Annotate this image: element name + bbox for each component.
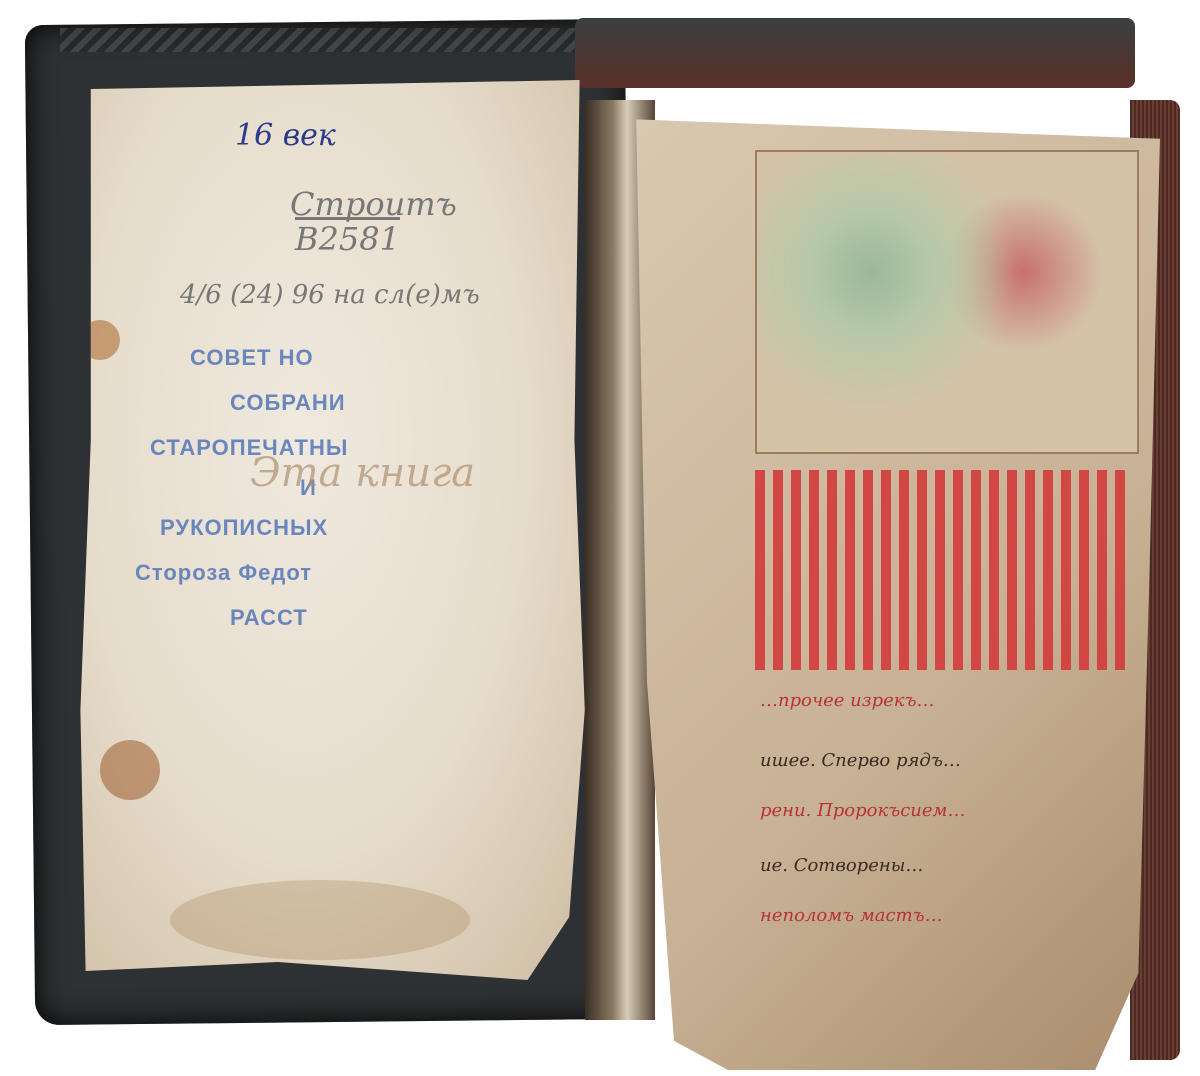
pencil-inscription-2: 4/6 (24) 96 на сл(е)мъ <box>180 280 480 310</box>
cover-zigzag-ornament <box>60 28 620 52</box>
stamp-line: РАССТ <box>230 605 308 631</box>
text-line: ишее. Сперво рядъ… <box>760 750 961 771</box>
text-line: ие. Сотворены… <box>760 855 923 876</box>
red-vyaz-title <box>755 470 1125 670</box>
text-line: рени. Пророкъсием… <box>760 800 965 821</box>
floral-headpiece-ornament <box>755 150 1139 454</box>
ink-inscription: 16 век <box>235 118 336 153</box>
script-signature: Эта книга <box>250 450 475 496</box>
stamp-line: СОВЕТ НО <box>190 345 314 371</box>
text-line: …прочее изрекъ… <box>760 690 935 711</box>
stamp-line: РУКОПИСНЫХ <box>160 515 328 541</box>
stain <box>170 880 470 960</box>
pencil-number: В2581 <box>295 220 400 258</box>
text-line: неполомъ мастъ… <box>760 905 943 926</box>
stain <box>100 740 160 800</box>
stamp-line: СОБРАНИ <box>230 390 346 416</box>
stamp-line: Стороза Федот <box>135 560 312 586</box>
right-cover-top <box>575 18 1135 88</box>
left-flyleaf-page: 16 век Строитъ В2581 4/6 (24) 96 на сл(е… <box>70 80 590 980</box>
pencil-inscription: Строитъ <box>290 185 457 223</box>
